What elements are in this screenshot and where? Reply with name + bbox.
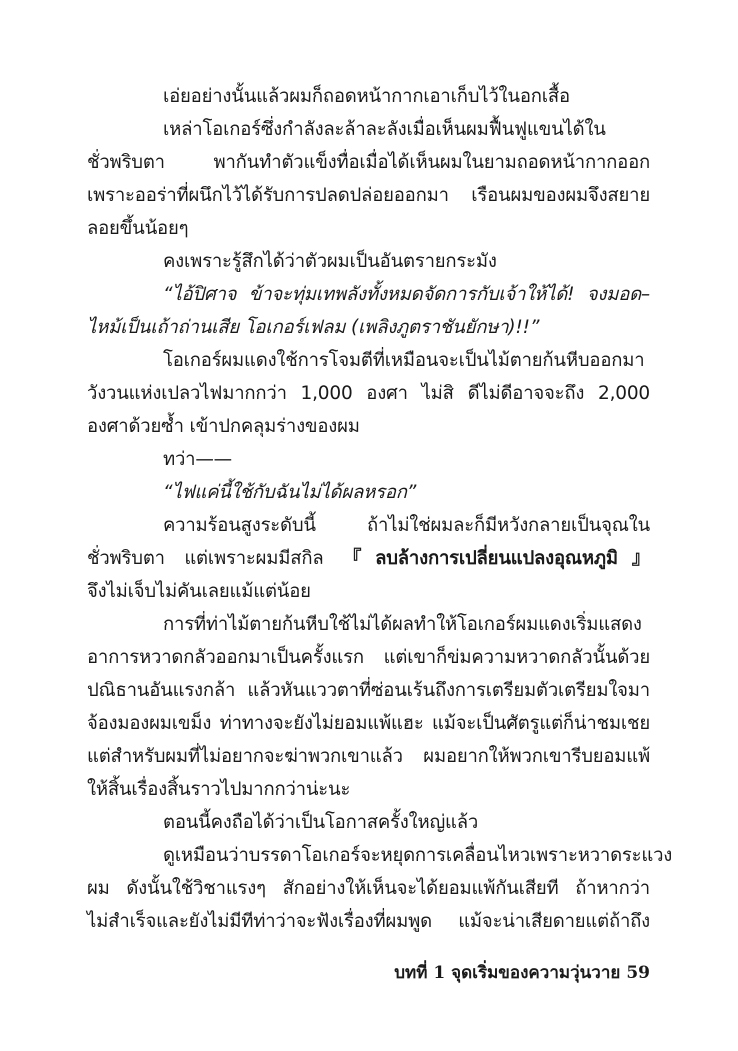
text-line: ทว่า—— <box>87 443 650 476</box>
text-line: การที่ท่าไม้ตายก้นหีบใช้ไม่ได้ผลทำให้โอเ… <box>87 608 650 641</box>
dialogue-line: “ไฟแค่นี้ใช้กับฉันไม่ได้ผลหรอก” <box>87 476 650 509</box>
text-line: เพราะออร่าที่ผนึกไว้ได้รับการปลดปล่อยออก… <box>87 179 650 212</box>
text-fragment: ชั่วพริบตา แต่เพราะผมมีสกิล <box>87 548 343 569</box>
text-line: ตอนนี้คงถือได้ว่าเป็นโอกาสครั้งใหญ่แล้ว <box>87 806 650 839</box>
text-line: องศาด้วยซ้ำ เข้าปกคลุมร่างของผม <box>87 410 650 443</box>
skill-name: 『ลบล้างการเปลี่ยนแปลงอุณหภูมิ』 <box>343 548 650 569</box>
page-number: 59 <box>626 963 650 983</box>
text-line-with-skill: ชั่วพริบตา แต่เพราะผมมีสกิล 『ลบล้างการเป… <box>87 542 650 575</box>
chapter-title: จุดเริ่มของความวุ่นวาย <box>451 963 620 983</box>
dialogue-line: ไหม้เป็นเถ้าถ่านเสีย โอเกอร์เฟลม (เพลิงภ… <box>87 311 650 344</box>
text-line: เหล่าโอเกอร์ซึ่งกำลังละล้าละลังเมื่อเห็น… <box>87 113 650 146</box>
text-line: ลอยขึ้นน้อยๆ <box>87 212 650 245</box>
text-line: ดูเหมือนว่าบรรดาโอเกอร์จะหยุดการเคลื่อนไ… <box>87 839 650 872</box>
chapter-label: บทที่ 1 <box>394 963 445 983</box>
text-line: โอเกอร์ผมแดงใช้การโจมตีที่เหมือนจะเป็นไม… <box>87 344 650 377</box>
text-line: ความร้อนสูงระดับนี้ ถ้าไม่ใช่ผมละก็มีหวั… <box>87 509 650 542</box>
text-line: ให้สิ้นเรื่องสิ้นราวไปมากกว่าน่ะนะ <box>87 773 650 806</box>
page-footer: บทที่ 1จุดเริ่มของความวุ่นวาย59 <box>394 960 650 986</box>
dialogue-line: “ไอ้ปิศาจ ข้าจะทุ่มเทพลังทั้งหมดจัดการกั… <box>87 278 650 311</box>
text-line: เอ่ยอย่างนั้นแล้วผมก็ถอดหน้ากากเอาเก็บไว… <box>87 80 650 113</box>
text-line: จ้องมองผมเขม็ง ท่าทางจะยังไม่ยอมแพ้แฮะ แ… <box>87 707 650 740</box>
text-line: วังวนแห่งเปลวไฟมากกว่า 1,000 องศา ไม่สิ … <box>87 377 650 410</box>
text-line: ปณิธานอันแรงกล้า แล้วหันแววตาที่ซ่อนเร้น… <box>87 674 650 707</box>
book-page-body: เอ่ยอย่างนั้นแล้วผมก็ถอดหน้ากากเอาเก็บไว… <box>87 80 650 938</box>
text-line: จึงไม่เจ็บไม่คันเลยแม้แต่น้อย <box>87 575 650 608</box>
text-line: ชั่วพริบตา พากันทำตัวแข็งทื่อเมื่อได้เห็… <box>87 146 650 179</box>
text-line: ผม ดังนั้นใช้วิชาแรงๆ สักอย่างให้เห็นจะไ… <box>87 872 650 905</box>
text-line: คงเพราะรู้สึกได้ว่าตัวผมเป็นอันตรายกระมั… <box>87 245 650 278</box>
text-line: ไม่สำเร็จและยังไม่มีทีท่าว่าจะฟังเรื่องท… <box>87 905 650 938</box>
text-line: อาการหวาดกลัวออกมาเป็นครั้งแรก แต่เขาก็ข… <box>87 641 650 674</box>
text-line: แต่สำหรับผมที่ไม่อยากจะฆ่าพวกเขาแล้ว ผมอ… <box>87 740 650 773</box>
